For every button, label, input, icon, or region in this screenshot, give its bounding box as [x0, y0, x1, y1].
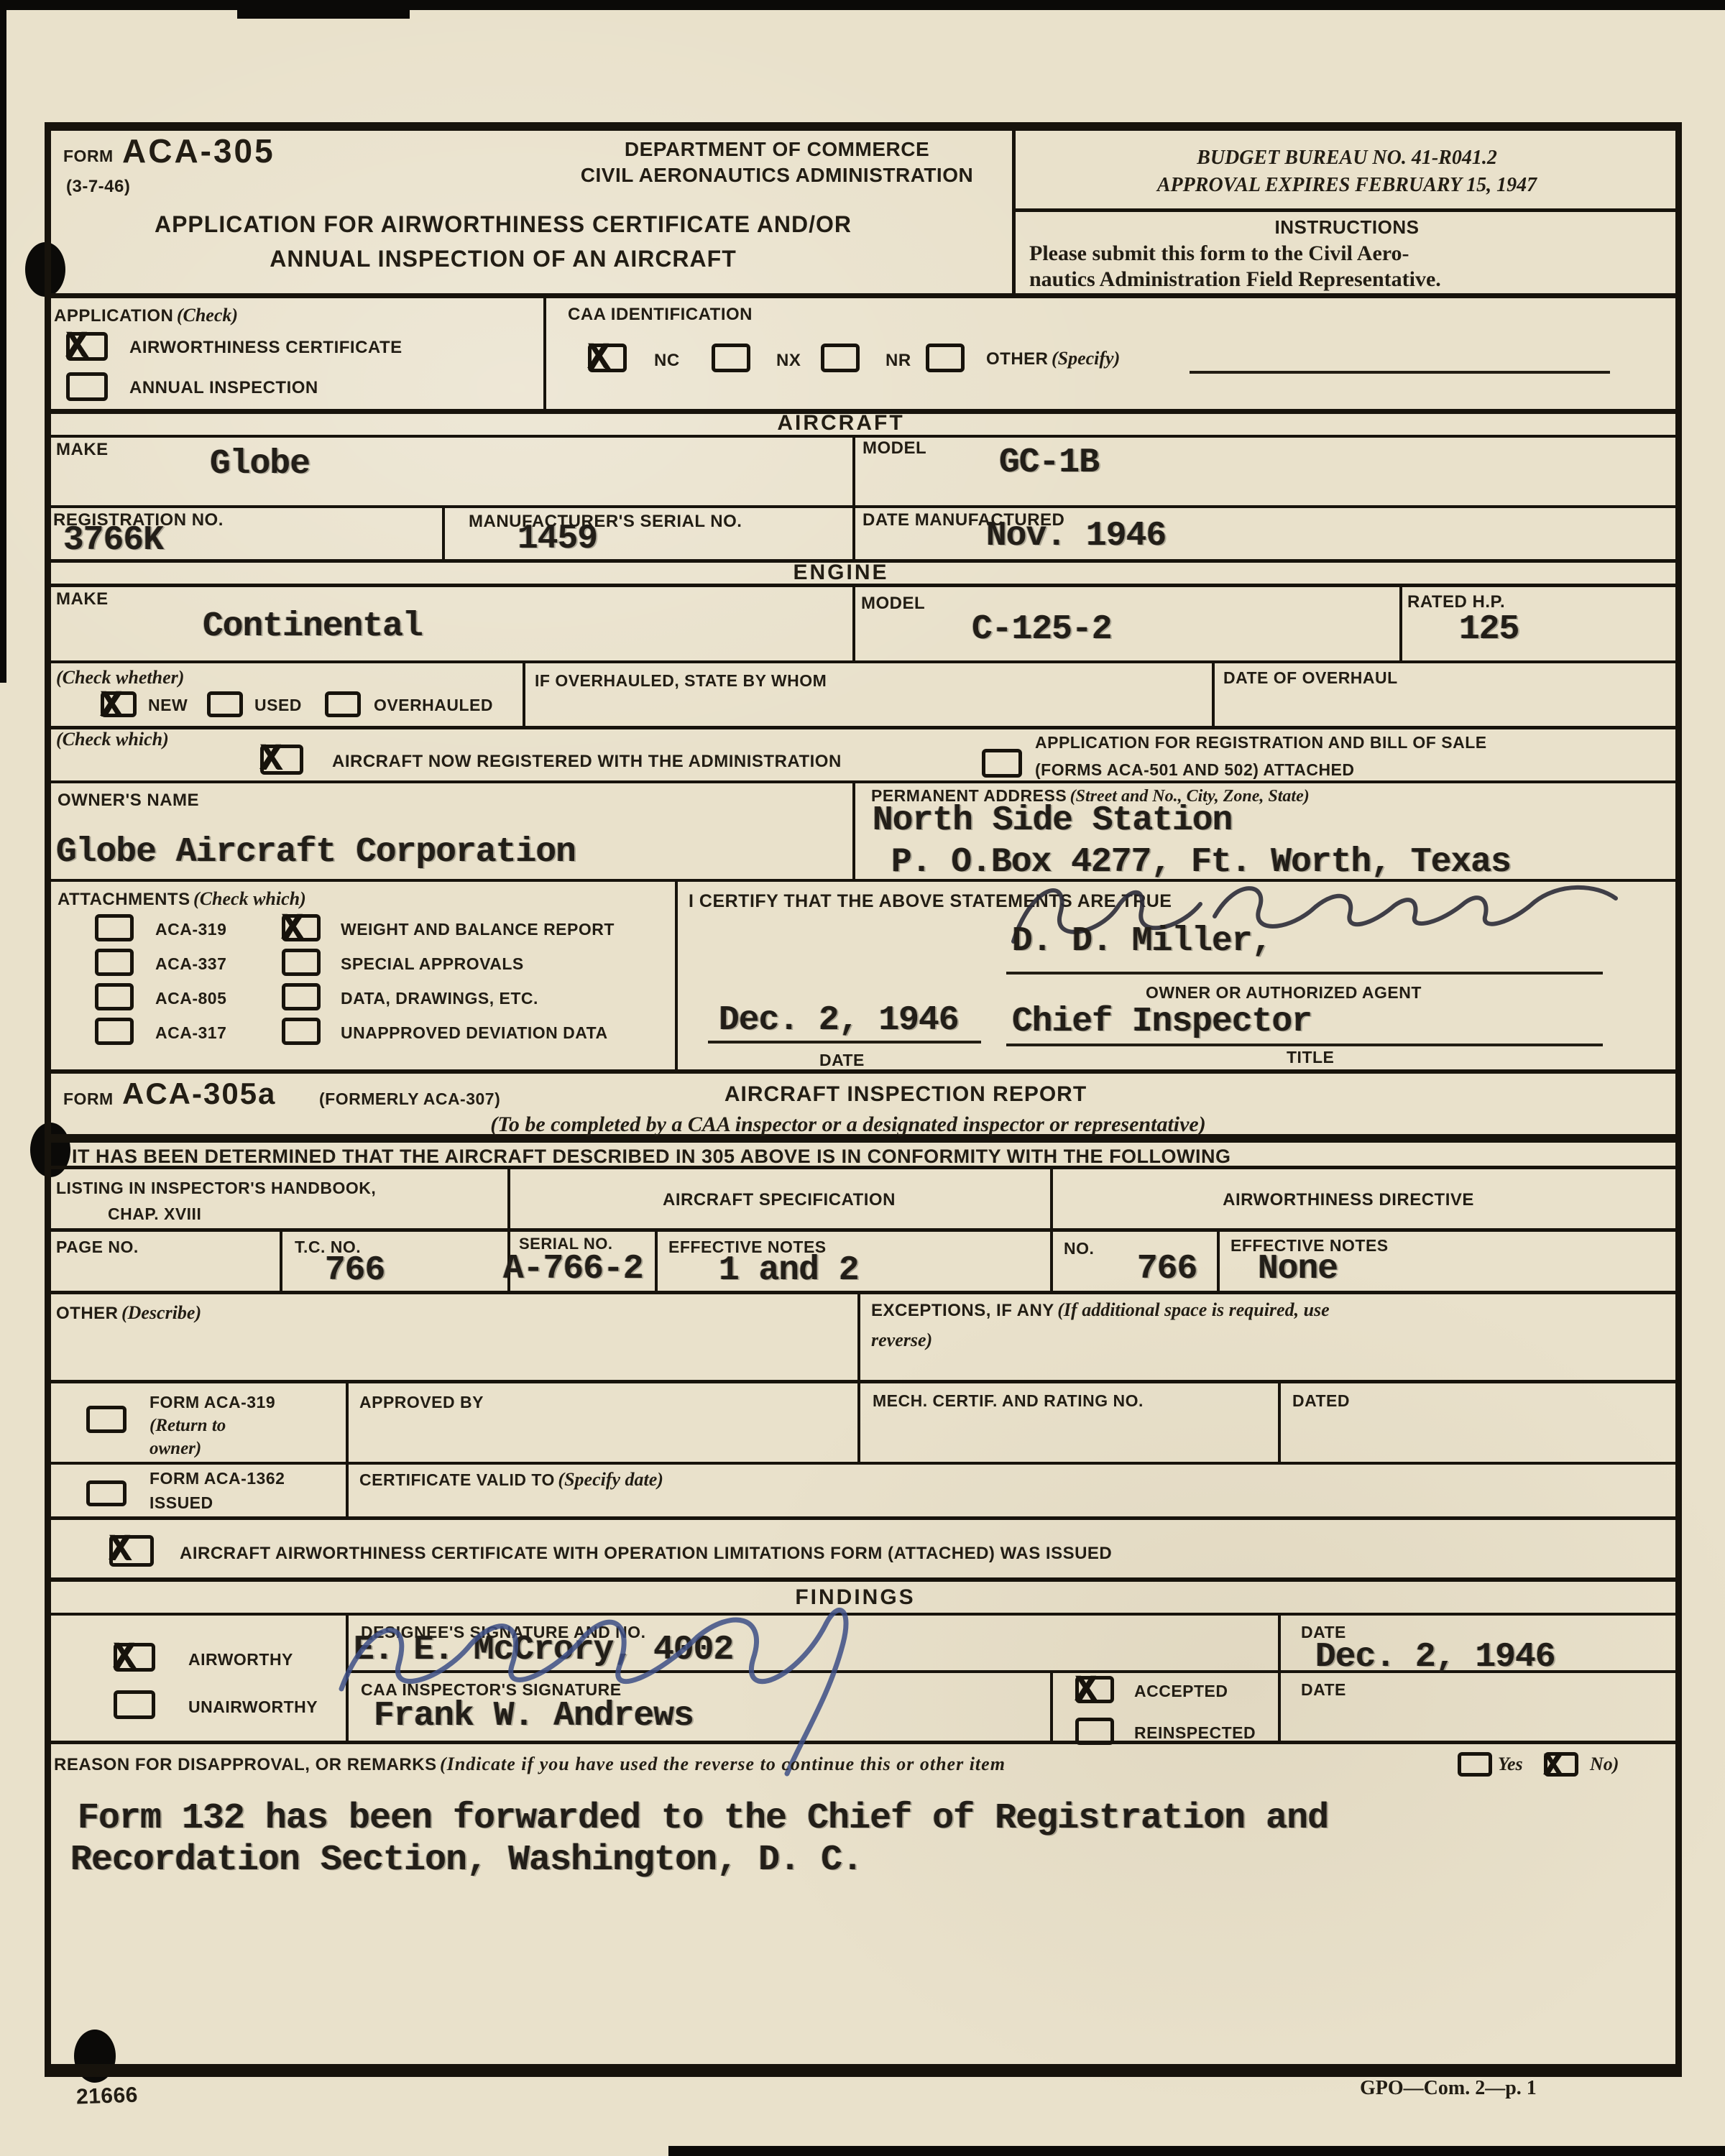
budget-bureau-line1: BUDGET BUREAU NO. 41-R041.2	[1197, 147, 1497, 170]
approved-by-label: APPROVED BY	[359, 1393, 484, 1411]
directive-no-value[interactable]: 766	[1137, 1252, 1197, 1286]
nr-checkbox[interactable]	[821, 344, 860, 372]
divider	[45, 780, 1682, 783]
listing-header-line2: CHAP. XVIII	[108, 1204, 201, 1223]
form-word-label: FORM	[63, 147, 114, 165]
form-319-paren1: (Return to	[149, 1416, 226, 1436]
form-1362-issued-label: ISSUED	[149, 1493, 213, 1512]
directive-header: AIRWORTHINESS DIRECTIVE	[1223, 1190, 1474, 1210]
data-drawings-checkbox[interactable]	[282, 983, 321, 1010]
divider	[852, 435, 855, 507]
rated-hp-label: RATED H.P.	[1407, 592, 1505, 612]
dated-label: DATED	[1292, 1391, 1350, 1410]
signature-rule	[1006, 972, 1603, 975]
accepted-checkbox[interactable]: X	[1075, 1676, 1114, 1703]
listing-header-line1: LISTING IN INSPECTOR'S HANDBOOK,	[56, 1179, 376, 1197]
divider	[1278, 1380, 1281, 1464]
nc-label: NC	[654, 351, 680, 371]
divider	[655, 1228, 658, 1293]
nx-checkbox[interactable]	[712, 344, 750, 372]
page-no-label: PAGE NO.	[56, 1238, 139, 1256]
mech-certif-label: MECH. CERTIF. AND RATING NO.	[873, 1391, 1144, 1410]
check-mark: X	[1543, 1749, 1562, 1784]
form-305a-word: FORM	[63, 1089, 114, 1108]
divider	[280, 1228, 282, 1293]
form-border-left	[45, 122, 51, 2077]
certificate-valid-label: CERTIFICATE VALID TO (Specify date)	[359, 1469, 663, 1491]
serial-no-value[interactable]: A-766-2	[503, 1252, 643, 1286]
form-1362-label: FORM ACA-1362	[149, 1469, 285, 1488]
aircraft-make-value[interactable]: Globe	[210, 447, 310, 482]
reverse-no-checkbox[interactable]: X	[1544, 1752, 1578, 1777]
caa-inspector-signature-typed[interactable]: Frank W. Andrews	[374, 1699, 694, 1733]
divider	[1050, 1670, 1053, 1743]
certificate-issued-label: AIRCRAFT AIRWORTHINESS CERTIFICATE WITH …	[180, 1544, 1112, 1564]
aca-337-checkbox[interactable]	[95, 949, 134, 976]
aircraft-model-label: MODEL	[862, 438, 926, 459]
airworthy-label: AIRWORTHY	[188, 1650, 293, 1669]
application-label: APPLICATION (Check)	[54, 305, 238, 326]
findings-date-value[interactable]: Dec. 2, 1946	[1315, 1640, 1555, 1674]
divider	[45, 660, 1682, 663]
data-drawings-label: DATA, DRAWINGS, ETC.	[341, 989, 538, 1008]
divider	[1050, 1166, 1053, 1294]
certificate-valid-main: CERTIFICATE VALID TO	[359, 1470, 555, 1489]
inspection-report-title: AIRCRAFT INSPECTION REPORT	[724, 1082, 1087, 1107]
engine-used-label: USED	[254, 696, 302, 714]
reason-label-main: REASON FOR DISAPPROVAL, OR REMARKS	[54, 1755, 437, 1774]
engine-section-title: ENGINE	[793, 561, 888, 586]
form-revision: (3-7-46)	[66, 177, 130, 197]
other-specify-blank[interactable]	[1190, 371, 1610, 374]
date-manufactured-value[interactable]: Nov. 1946	[986, 519, 1166, 553]
engine-overhauled-label: OVERHAULED	[374, 696, 493, 714]
divider	[1278, 1613, 1281, 1743]
instructions-title: INSTRUCTIONS	[1275, 217, 1420, 239]
divider	[1212, 660, 1215, 728]
aca-317-label: ACA-317	[155, 1023, 226, 1042]
serial-label: MANUFACTURER'S SERIAL NO.	[469, 512, 742, 532]
registered-label: AIRCRAFT NOW REGISTERED WITH THE ADMINIS…	[332, 752, 842, 772]
check-mark: X	[587, 337, 609, 379]
certification-date-value[interactable]: Dec. 2, 1946	[719, 1003, 959, 1038]
engine-model-value[interactable]: C-125-2	[972, 612, 1112, 647]
unapproved-deviation-label: UNAPPROVED DEVIATION DATA	[341, 1023, 608, 1042]
divider	[45, 1069, 1682, 1074]
divider	[1217, 1228, 1220, 1293]
engine-new-checkbox[interactable]: X	[101, 691, 137, 717]
engine-used-checkbox[interactable]	[207, 691, 243, 717]
aircraft-section-title: AIRCRAFT	[777, 411, 904, 436]
accepted-label: ACCEPTED	[1134, 1682, 1228, 1700]
weight-balance-checkbox[interactable]: X	[282, 914, 321, 941]
form-border-right	[1675, 122, 1682, 2077]
exceptions-paren1: (If additional space is required, use	[1057, 1299, 1329, 1320]
form-title-line2: ANNUAL INSPECTION OF AN AIRCRAFT	[270, 246, 736, 272]
effective-notes-value[interactable]: 1 and 2	[719, 1253, 859, 1288]
title-label: TITLE	[1287, 1048, 1334, 1067]
airworthy-checkbox[interactable]: X	[114, 1643, 155, 1672]
owner-signature-typed[interactable]: D. D. Miller,	[1012, 924, 1271, 959]
registration-value[interactable]: 3766K	[63, 523, 163, 558]
application-attached-line1: APPLICATION FOR REGISTRATION AND BILL OF…	[1035, 733, 1487, 752]
check-mark: X	[65, 326, 88, 368]
other-describe-paren: (Describe)	[121, 1302, 201, 1323]
application-label-paren: (Check)	[177, 305, 238, 326]
scan-edge-bottom	[668, 2146, 1725, 2156]
serial-value[interactable]: 1459	[517, 522, 597, 556]
form-305a-formerly: (FORMERLY ACA-307)	[319, 1089, 500, 1108]
weight-balance-label: WEIGHT AND BALANCE REPORT	[341, 920, 615, 939]
inspection-report-subtitle: (To be completed by a CAA inspector or a…	[490, 1112, 1205, 1137]
form-1362-checkbox[interactable]	[86, 1480, 126, 1506]
directive-notes-value[interactable]: None	[1258, 1252, 1338, 1286]
divider	[45, 1228, 1682, 1232]
aca-805-checkbox[interactable]	[95, 983, 134, 1010]
reason-label: REASON FOR DISAPPROVAL, OR REMARKS (Indi…	[54, 1754, 1006, 1775]
engine-model-label: MODEL	[861, 594, 925, 614]
certification-title-value[interactable]: Chief Inspector	[1012, 1005, 1312, 1039]
check-which-label: (Check which)	[56, 729, 169, 750]
annual-inspection-checkbox[interactable]	[66, 372, 108, 401]
divider	[675, 879, 678, 1072]
exceptions-label: EXCEPTIONS, IF ANY (If additional space …	[871, 1299, 1330, 1321]
check-mark: X	[1075, 1669, 1097, 1712]
attachments-label-main: ATTACHMENTS	[57, 890, 190, 909]
print-code: 21666	[75, 2083, 138, 2110]
engine-overhauled-checkbox[interactable]	[325, 691, 361, 717]
address-line1-value[interactable]: North Side Station	[873, 803, 1232, 838]
other-describe-main: OTHER	[56, 1304, 119, 1323]
form-number: ACA-305	[122, 132, 275, 170]
date-rule	[708, 1041, 981, 1044]
spec-header: AIRCRAFT SPECIFICATION	[663, 1190, 896, 1210]
engine-new-label: NEW	[148, 696, 188, 714]
airworthiness-certificate-checkbox[interactable]: X	[66, 332, 108, 361]
divider	[45, 505, 1682, 508]
other-checkbox[interactable]	[926, 344, 965, 372]
reinspected-checkbox[interactable]	[1075, 1718, 1114, 1745]
findings-date2-label: DATE	[1301, 1680, 1346, 1699]
reverse-yes-checkbox[interactable]	[1458, 1752, 1492, 1777]
owner-name-value[interactable]: Globe Aircraft Corporation	[56, 835, 576, 870]
airworthiness-certificate-label: AIRWORTHINESS CERTIFICATE	[129, 338, 402, 358]
check-mark: X	[281, 908, 303, 950]
application-label-main: APPLICATION	[54, 306, 173, 326]
aca-337-label: ACA-337	[155, 954, 226, 973]
check-mark: X	[109, 1529, 131, 1571]
aca-317-checkbox[interactable]	[95, 1018, 134, 1045]
form-title-line1: APPLICATION FOR AIRWORTHINESS CERTIFICAT…	[155, 211, 852, 238]
budget-bureau-line2: APPROVAL EXPIRES FEBRUARY 15, 1947	[1157, 174, 1537, 197]
divider	[543, 293, 546, 412]
unairworthy-label: UNAIRWORTHY	[188, 1697, 318, 1716]
title-rule	[1006, 1044, 1603, 1046]
application-attached-line2: (FORMS ACA-501 AND 502) ATTACHED	[1035, 760, 1355, 779]
date-label: DATE	[819, 1051, 865, 1069]
divider	[852, 584, 855, 663]
divider	[852, 505, 855, 561]
owner-name-label: OWNER'S NAME	[57, 791, 199, 811]
scan-edge-top-notch	[237, 0, 410, 19]
divider	[346, 1380, 349, 1519]
other-label-main: OTHER	[986, 349, 1049, 369]
instructions-line1: Please submit this form to the Civil Aer…	[1029, 241, 1409, 266]
divider	[857, 1380, 860, 1464]
divider	[45, 1462, 1682, 1465]
other-label: OTHER (Specify)	[986, 348, 1120, 369]
certificate-valid-paren: (Specify date)	[558, 1469, 663, 1490]
reason-label-paren: (Indicate if you have used the reverse t…	[440, 1754, 1006, 1774]
certificate-issued-checkbox[interactable]: X	[109, 1535, 154, 1567]
check-mark: X	[100, 685, 122, 727]
divider	[45, 293, 1682, 298]
remarks-line1[interactable]: Form 132 has been forwarded to the Chief…	[78, 1801, 1328, 1837]
form-319-paren2: owner)	[149, 1439, 201, 1459]
engine-make-value[interactable]: Continental	[203, 609, 423, 644]
attachments-label: ATTACHMENTS (Check which)	[57, 888, 306, 910]
caa-identification-label: CAA IDENTIFICATION	[568, 305, 753, 325]
check-mark: X	[113, 1636, 135, 1679]
divider	[852, 780, 855, 881]
divider	[1012, 122, 1016, 295]
form-border-top	[45, 122, 1682, 131]
divider	[45, 726, 1682, 729]
reverse-no-label: No)	[1590, 1754, 1619, 1775]
form-border-bottom	[45, 2064, 1682, 2077]
other-describe-label: OTHER (Describe)	[56, 1302, 201, 1324]
conformity-statement: IT HAS BEEN DETERMINED THAT THE AIRCRAFT…	[72, 1146, 1231, 1168]
nx-label: NX	[776, 351, 801, 371]
divider	[523, 660, 525, 728]
nr-label: NR	[885, 351, 911, 371]
annual-inspection-label: ANNUAL INSPECTION	[129, 378, 318, 398]
nc-checkbox[interactable]: X	[588, 344, 627, 372]
instructions-line2: nautics Administration Field Representat…	[1029, 267, 1441, 292]
divider	[45, 1380, 1682, 1383]
divider	[1399, 584, 1402, 663]
check-mark: X	[259, 738, 282, 780]
form-305a-number: ACA-305a	[122, 1077, 276, 1111]
form-319-checkbox[interactable]	[86, 1406, 126, 1433]
rated-hp-value[interactable]: 125	[1459, 612, 1519, 647]
aircraft-make-label: MAKE	[56, 440, 109, 460]
overhauled-by-label: IF OVERHAULED, STATE BY WHOM	[535, 671, 827, 690]
scanned-form-page: FORM ACA-305 (3-7-46) DEPARTMENT OF COMM…	[0, 0, 1725, 2156]
special-approvals-label: SPECIAL APPROVALS	[341, 954, 524, 973]
aca-805-label: ACA-805	[155, 989, 226, 1008]
other-label-paren: (Specify)	[1052, 348, 1120, 369]
divider	[442, 505, 445, 561]
registered-checkbox[interactable]: X	[260, 745, 303, 775]
aircraft-model-value[interactable]: GC-1B	[999, 446, 1099, 480]
department-line1: DEPARTMENT OF COMMERCE	[625, 138, 929, 161]
gpo-imprint: GPO—Com. 2—p. 1	[1360, 2077, 1537, 2100]
divider	[857, 1291, 860, 1382]
divider	[45, 1516, 1682, 1520]
tc-no-value[interactable]: 766	[325, 1253, 385, 1288]
form-319-label: FORM ACA-319	[149, 1393, 275, 1411]
attachments-label-paren: (Check which)	[193, 888, 306, 909]
unapproved-deviation-checkbox[interactable]	[282, 1018, 321, 1045]
application-attached-checkbox[interactable]	[982, 749, 1022, 778]
exceptions-main: EXCEPTIONS, IF ANY	[871, 1301, 1054, 1320]
aca-319-label: ACA-319	[155, 920, 226, 939]
agent-label: OWNER OR AUTHORIZED AGENT	[1146, 983, 1422, 1002]
scan-edge-left	[0, 0, 6, 683]
date-of-overhaul-label: DATE OF OVERHAUL	[1223, 668, 1398, 687]
engine-make-label: MAKE	[56, 589, 109, 609]
remarks-line2[interactable]: Recordation Section, Washington, D. C.	[70, 1843, 862, 1879]
directive-no-label: NO.	[1064, 1239, 1094, 1258]
reverse-yes-label: Yes	[1498, 1754, 1523, 1775]
department-line2: CIVIL AERONAUTICS ADMINISTRATION	[581, 164, 973, 187]
aca-319-checkbox[interactable]	[95, 914, 134, 941]
divider	[1012, 208, 1682, 212]
special-approvals-checkbox[interactable]	[282, 949, 321, 976]
divider	[45, 1291, 1682, 1294]
reinspected-label: REINSPECTED	[1134, 1723, 1256, 1742]
exceptions-paren2: reverse)	[871, 1330, 932, 1351]
unairworthy-checkbox[interactable]	[114, 1690, 155, 1719]
